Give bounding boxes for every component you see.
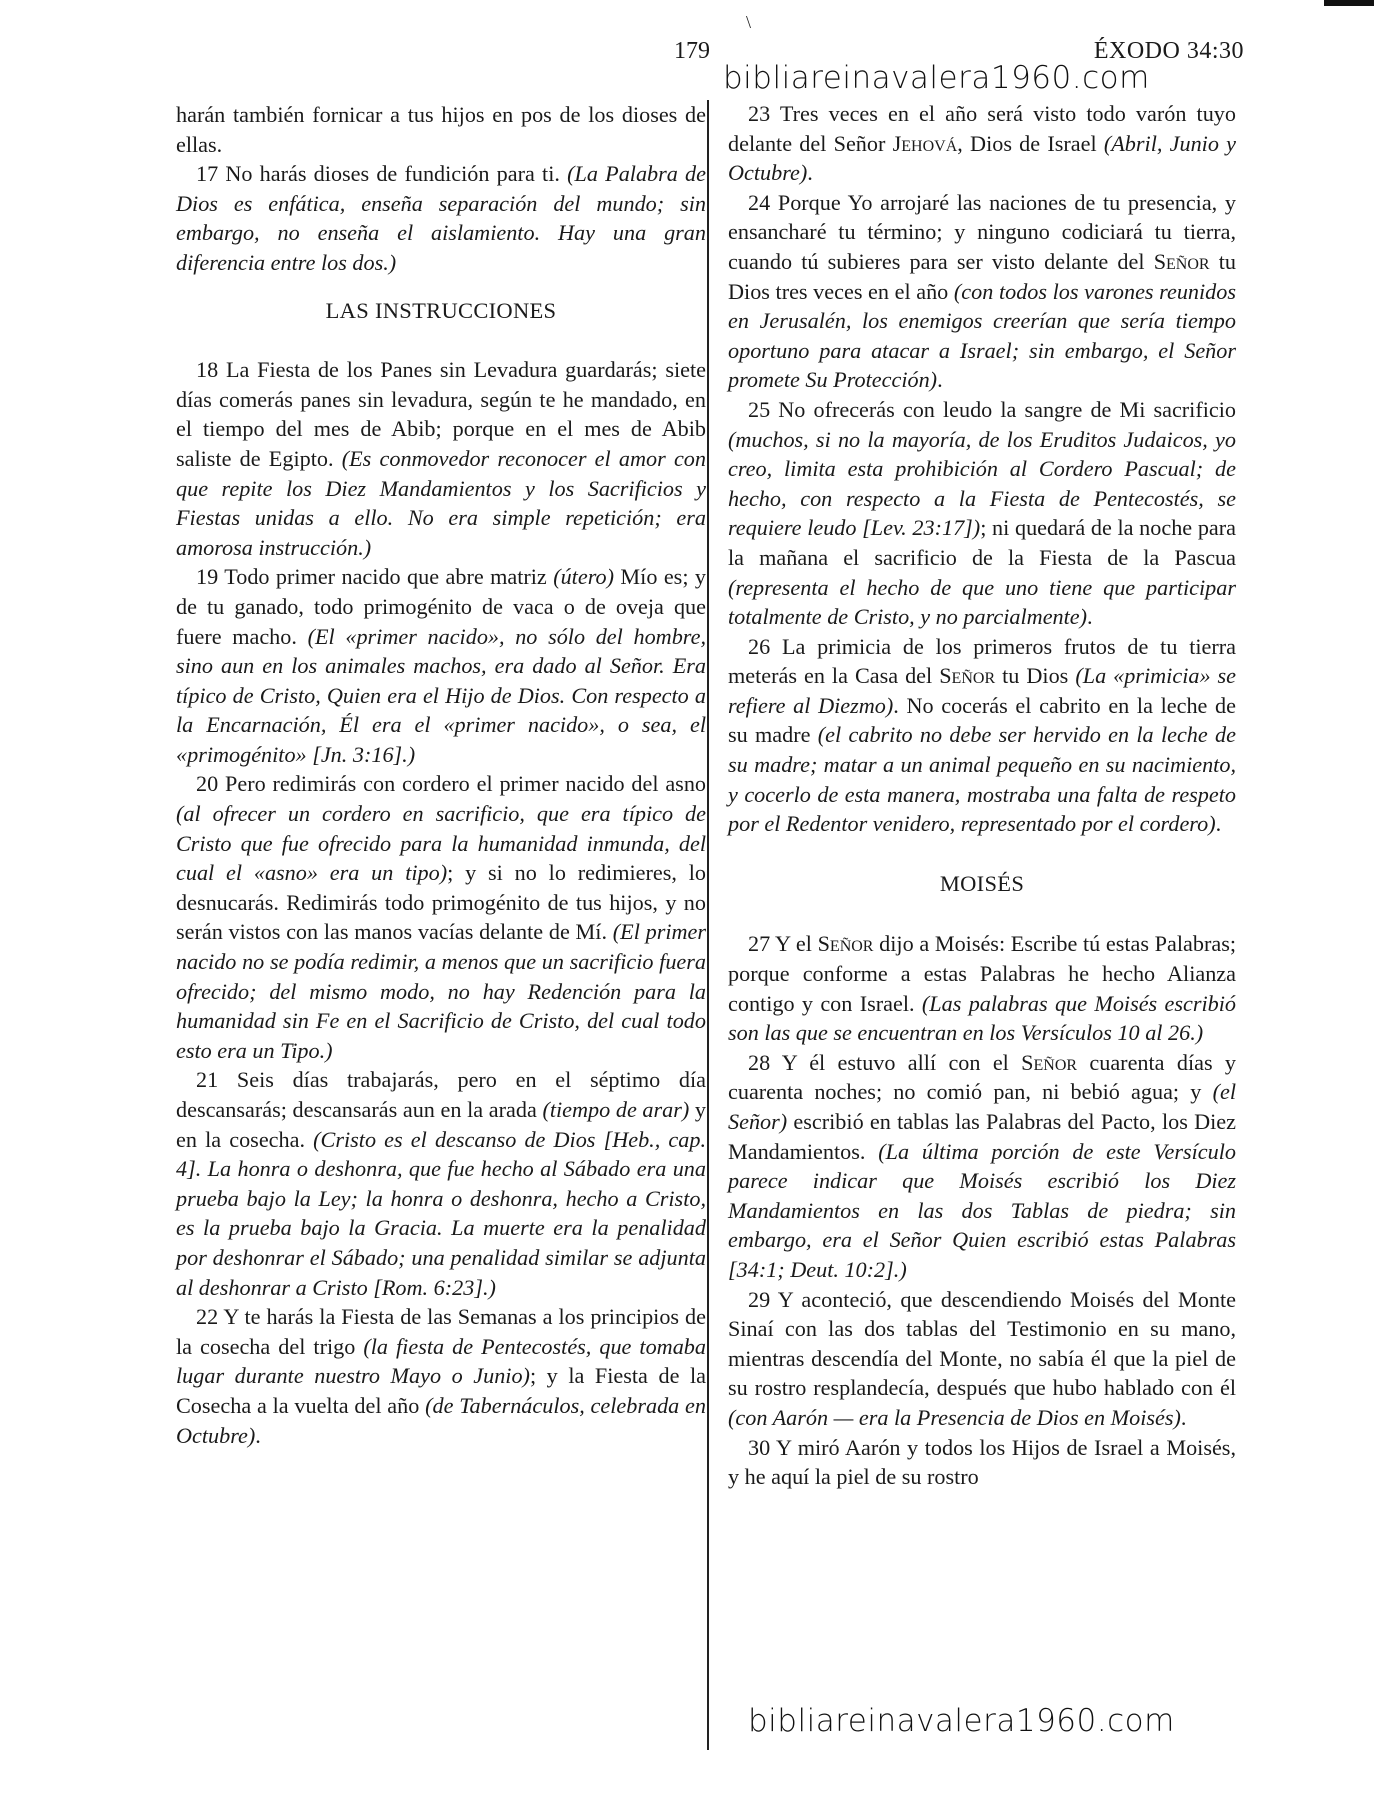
divine-name: Jehová [893, 131, 958, 156]
verse-20: 20 Pero redimirás con cordero el primer … [176, 769, 706, 1065]
scan-pen-mark: \ [746, 12, 751, 33]
verse-25: 25 No ofrecerás con leudo la sangre de M… [728, 395, 1236, 632]
left-column: harán también fornicar a tus hijos en po… [176, 100, 706, 1450]
verse-number: 22 [196, 1304, 218, 1329]
commentary-note: (representa el hecho de que uno tiene qu… [728, 575, 1236, 630]
verse-number: 30 [748, 1435, 770, 1460]
verse-number: 17 [196, 161, 218, 186]
commentary-note: (tiempo de arar) [542, 1097, 689, 1122]
verse-number: 23 [748, 101, 770, 126]
verse-number: 29 [748, 1287, 770, 1312]
watermark-top: bibliareinavalera1960.com [723, 60, 1150, 96]
scan-edge-mark [1324, 0, 1374, 6]
page-number: 179 [674, 38, 710, 65]
watermark-bottom: bibliareinavalera1960.com [748, 1703, 1175, 1739]
commentary-note: (con Aarón — era la Presencia de Dios en… [728, 1405, 1181, 1430]
verse-23: 23 Tres veces en el año será visto todo … [728, 99, 1236, 188]
commentary-note: (Cristo es el descanso de Dios [Heb., ca… [176, 1127, 706, 1300]
verse-19: 19 Todo primer nacido que abre matriz (ú… [176, 562, 706, 769]
section-heading-moises: MOISÉS [728, 869, 1236, 899]
verse-21: 21 Seis días trabajarás, pero en el sépt… [176, 1065, 706, 1302]
verse-number: 25 [748, 397, 770, 422]
verse-number: 27 [748, 931, 770, 956]
right-column: 23 Tres veces en el año será visto todo … [728, 99, 1236, 1492]
verse-26: 26 La primicia de los primeros frutos de… [728, 632, 1236, 839]
verse-17: 17 No harás dioses de fundición para ti.… [176, 159, 706, 277]
verse-number: 28 [748, 1050, 770, 1075]
divine-name: Señor [1021, 1050, 1077, 1075]
verse-29: 29 Y aconteció, que descendiendo Moisés … [728, 1285, 1236, 1433]
verse-22: 22 Y te harás la Fiesta de las Semanas a… [176, 1302, 706, 1450]
column-divider [707, 100, 709, 1750]
verse-number: 21 [196, 1067, 218, 1092]
verse-number: 24 [748, 190, 770, 215]
verse-24: 24 Porque Yo arrojaré las naciones de tu… [728, 188, 1236, 395]
verse-18: 18 La Fiesta de los Panes sin Levadura g… [176, 355, 706, 562]
divine-name: Señor [818, 931, 874, 956]
verse-number: 20 [196, 771, 218, 796]
section-heading-instrucciones: LAS INSTRUCCIONES [176, 296, 706, 326]
verse-28: 28 Y él estuvo allí con el Señor cuarent… [728, 1048, 1236, 1285]
divine-name: Señor [939, 663, 995, 688]
verse-number: 26 [748, 634, 770, 659]
verse-number: 19 [196, 564, 218, 589]
verse-27: 27 Y el Señor dijo a Moisés: Escribe tú … [728, 929, 1236, 1047]
verse-number: 18 [196, 357, 218, 382]
commentary-note: (útero) [553, 564, 614, 589]
verse-16-continuation: harán también fornicar a tus hijos en po… [176, 100, 706, 159]
verse-30: 30 Y miró Aarón y todos los Hijos de Isr… [728, 1433, 1236, 1492]
divine-name: Señor [1154, 249, 1210, 274]
